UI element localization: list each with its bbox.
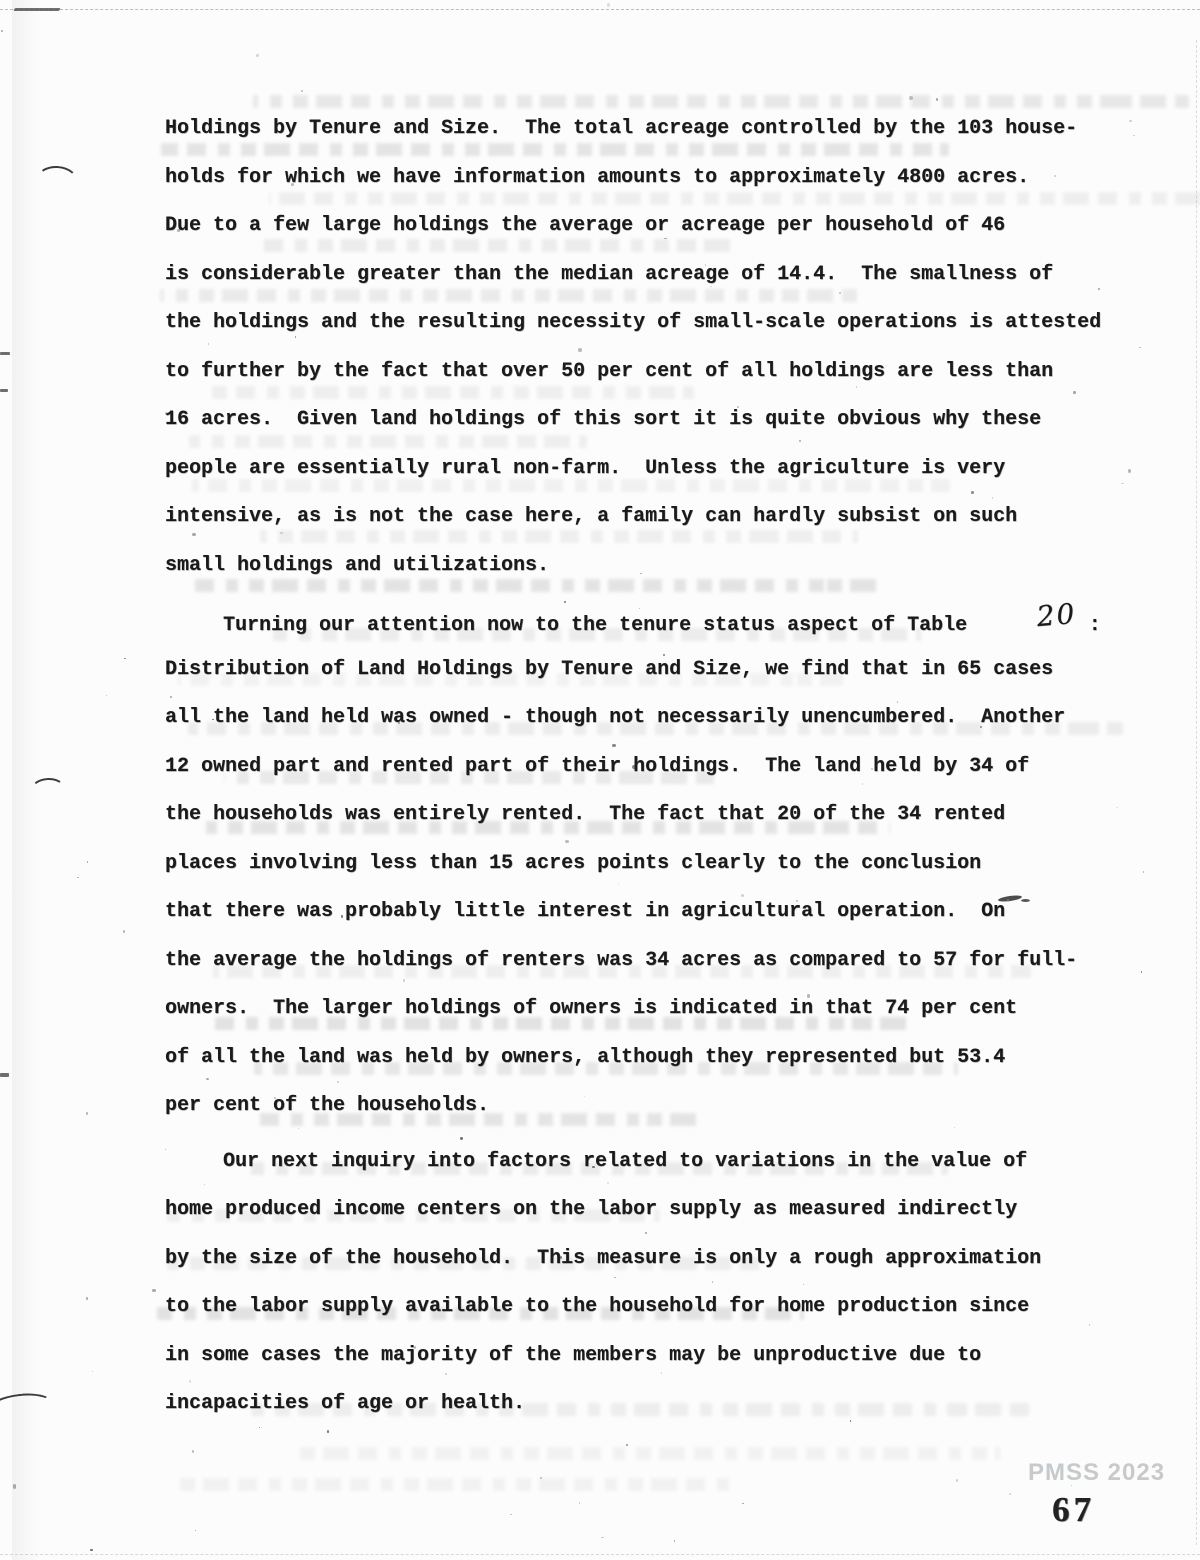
paper-speck xyxy=(1,30,2,32)
typed-text: home produced income centers on the labo… xyxy=(165,1198,1017,1221)
paper-speck xyxy=(77,877,78,878)
text-line: Due to a few large holdings the average … xyxy=(165,202,1155,251)
paper-speck xyxy=(674,1540,676,1542)
paper-speck xyxy=(510,1514,511,1515)
paper-speck xyxy=(327,1430,329,1432)
text-line: by the size of the household. This measu… xyxy=(165,1235,1155,1284)
scan-edge-top xyxy=(0,9,1200,10)
typed-text: 16 acres. Given land holdings of this so… xyxy=(165,408,1041,431)
paper-speck xyxy=(152,1289,156,1291)
paper-speck xyxy=(301,90,303,92)
punch-hole-arc xyxy=(35,165,79,198)
typed-text: people are essentially rural non-farm. U… xyxy=(165,457,1005,480)
paper-speck xyxy=(123,930,125,933)
typed-text: Turning our attention now to the tenure … xyxy=(223,614,979,637)
paper-speck xyxy=(579,1502,580,1503)
page-number: 67 xyxy=(1052,1490,1095,1530)
text-line: Distribution of Land Holdings by Tenure … xyxy=(165,646,1155,695)
text-line: 16 acres. Given land holdings of this so… xyxy=(165,396,1155,445)
text-line: that there was probably little interest … xyxy=(165,888,1155,937)
typed-text: intensive, as is not the case here, a fa… xyxy=(165,505,1017,528)
scan-edge-mark xyxy=(0,389,8,392)
typed-text: per cent of the households. xyxy=(165,1094,489,1117)
paper-speck xyxy=(626,1444,628,1446)
typed-text: all the land held was owned - though not… xyxy=(165,706,1065,729)
paper-speck xyxy=(936,98,938,101)
text-line: holds for which we have information amou… xyxy=(165,154,1155,203)
bleedthrough-line xyxy=(180,1478,740,1491)
typed-text: owners. The larger holdings of owners is… xyxy=(165,997,1017,1020)
paper-speck xyxy=(540,1477,542,1478)
watermark: PMSS 2023 xyxy=(1028,1459,1165,1487)
paper-speck xyxy=(192,1450,194,1453)
typed-text: Holdings by Tenure and Size. The total a… xyxy=(165,117,1077,140)
scan-left-shadow-band xyxy=(12,0,40,1560)
text-line: the average the holdings of renters was … xyxy=(165,937,1155,986)
text-line: places involving less than 15 acres poin… xyxy=(165,840,1155,889)
text-line: incapacities of age or health. xyxy=(165,1380,1155,1429)
paper-speck xyxy=(86,1112,88,1115)
paper-speck xyxy=(256,54,259,57)
text-line: in some cases the majority of the member… xyxy=(165,1332,1155,1381)
typed-text: the holdings and the resulting necessity… xyxy=(165,311,1101,334)
text-line: 12 owned part and rented part of their h… xyxy=(165,743,1155,792)
text-line: is considerable greater than the median … xyxy=(165,251,1155,300)
text-line: all the land held was owned - though not… xyxy=(165,694,1155,743)
text-line: the holdings and the resulting necessity… xyxy=(165,299,1155,348)
typed-text: incapacities of age or health. xyxy=(165,1392,525,1415)
handwritten-table-number: 20 xyxy=(977,590,1078,647)
text-line: owners. The larger holdings of owners is… xyxy=(165,985,1155,1034)
typed-text: in some cases the majority of the member… xyxy=(165,1344,981,1367)
text-line: to the labor supply available to the hou… xyxy=(165,1283,1155,1332)
typed-text: to further by the fact that over 50 per … xyxy=(165,360,1053,383)
punch-hole-arc xyxy=(30,777,65,801)
scan-edge-bottom xyxy=(0,1554,1200,1555)
paragraph: Holdings by Tenure and Size. The total a… xyxy=(165,105,1155,590)
scan-edge-mark xyxy=(0,1073,9,1077)
paper-speck xyxy=(1009,1493,1011,1495)
text-line: small holdings and utilizations. xyxy=(165,542,1155,591)
paper-speck xyxy=(86,1297,88,1299)
typed-text: to the labor supply available to the hou… xyxy=(165,1295,1029,1318)
typed-text: that there was probably little interest … xyxy=(165,900,1005,923)
text-line: Our next inquiry into factors related to… xyxy=(165,1138,1155,1187)
scan-edge-mark xyxy=(0,352,10,355)
text-line: Turning our attention now to the tenure … xyxy=(165,597,1155,646)
paper-speck xyxy=(956,1479,958,1482)
paper-speck xyxy=(124,658,126,660)
scanned-document-page: Holdings by Tenure and Size. The total a… xyxy=(0,0,1200,1560)
scan-edge-right xyxy=(1196,40,1197,1545)
paper-speck xyxy=(742,1503,743,1504)
paper-speck xyxy=(90,1549,92,1551)
text-line: Holdings by Tenure and Size. The total a… xyxy=(165,105,1155,154)
paper-speck xyxy=(195,1530,196,1531)
typed-text: Distribution of Land Holdings by Tenure … xyxy=(165,658,1053,681)
scan-edge-top-mark xyxy=(13,8,60,11)
typed-text: small holdings and utilizations. xyxy=(165,554,549,577)
paper-speck xyxy=(909,96,913,100)
typed-text: is considerable greater than the median … xyxy=(165,263,1053,286)
punch-hole-arc xyxy=(0,1390,55,1426)
typed-text: holds for which we have information amou… xyxy=(165,166,1029,189)
typed-text: of all the land was held by owners, alth… xyxy=(165,1046,1005,1069)
text-line: the households was entirely rented. The … xyxy=(165,791,1155,840)
typed-text: the households was entirely rented. The … xyxy=(165,803,1005,826)
text-line: intensive, as is not the case here, a fa… xyxy=(165,493,1155,542)
paragraph: Turning our attention now to the tenure … xyxy=(165,597,1155,1131)
typed-text: by the size of the household. This measu… xyxy=(165,1247,1041,1270)
paper-speck xyxy=(92,1371,93,1372)
text-line: per cent of the households. xyxy=(165,1082,1155,1131)
bleedthrough-line xyxy=(300,1447,1000,1460)
typed-text: 12 owned part and rented part of their h… xyxy=(165,755,1029,778)
typed-text: Our next inquiry into factors related to… xyxy=(223,1150,1027,1173)
paper-speck xyxy=(601,1537,604,1539)
paper-speck xyxy=(87,861,88,862)
document-text: Holdings by Tenure and Size. The total a… xyxy=(165,105,1155,1429)
text-line: of all the land was held by owners, alth… xyxy=(165,1034,1155,1083)
typed-text: the average the holdings of renters was … xyxy=(165,949,1077,972)
text-line: home produced income centers on the labo… xyxy=(165,1186,1155,1235)
typed-text: : xyxy=(1077,614,1101,637)
paper-speck xyxy=(106,695,107,696)
text-line: to further by the fact that over 50 per … xyxy=(165,348,1155,397)
text-line: people are essentially rural non-farm. U… xyxy=(165,445,1155,494)
paper-speck xyxy=(607,3,610,7)
typed-text: Due to a few large holdings the average … xyxy=(165,214,1005,237)
typed-text: places involving less than 15 acres poin… xyxy=(165,852,981,875)
paragraph: Our next inquiry into factors related to… xyxy=(165,1138,1155,1429)
